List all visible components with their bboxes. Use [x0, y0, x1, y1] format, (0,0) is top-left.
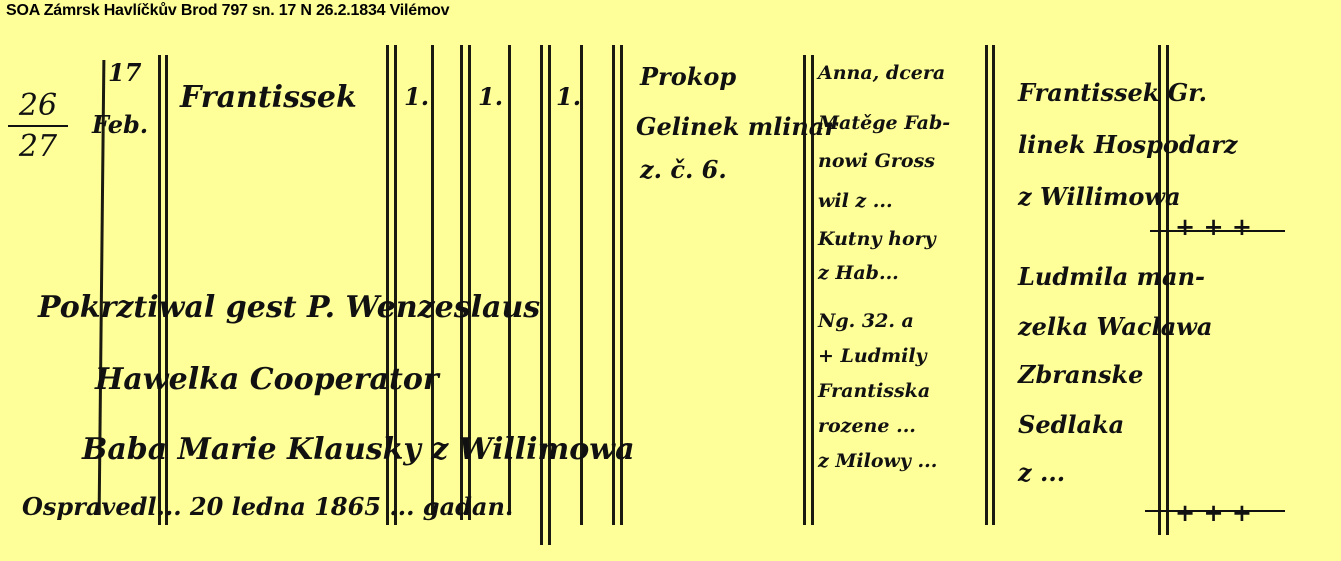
house-number: 17: [108, 58, 141, 87]
baptism-line-2: Hawelka Cooperator: [95, 362, 439, 397]
godparent-line-5: zelka Waclawa: [1018, 312, 1212, 341]
godparent-line-7: Sedlaka: [1018, 410, 1124, 439]
mother-line-3: nowi Gross: [818, 150, 935, 172]
baptism-line-3: Baba Marie Klausky z Willimowa: [82, 432, 635, 467]
mother-line-6: z Hab...: [818, 262, 899, 284]
godparent-line-4: Ludmila man-: [1018, 262, 1205, 291]
mother-line-5: Kutny hory: [818, 228, 936, 250]
mark-2: 1.: [478, 82, 503, 111]
column-rule: [540, 45, 543, 545]
godparent-line-2: linek Hospodarz: [1018, 130, 1238, 159]
baptism-line-4: Ospravedl... 20 ledna 1865 ... gadan.: [22, 492, 513, 521]
mother-line-10: rozene ...: [818, 415, 916, 437]
date-fraction: 26 27: [8, 88, 68, 164]
mark-1: 1.: [404, 82, 429, 111]
mother-line-8: + Ludmily: [818, 345, 927, 367]
column-rule: [548, 45, 551, 545]
godparent-line-1: Frantissek Gr.: [1018, 78, 1207, 107]
mother-line-9: Frantisska: [818, 380, 930, 402]
baptism-line-1: Pokrztiwal gest P. Wenzeslaus: [38, 290, 540, 325]
godparent-line-6: Zbranske: [1018, 360, 1143, 389]
father-line-1: Prokop: [640, 62, 736, 91]
cross-line: [1145, 510, 1285, 512]
date-top: 26: [8, 88, 68, 123]
mother-line-2: Matěge Fab-: [818, 112, 950, 134]
column-rule: [985, 45, 988, 525]
godparent-line-8: z ...: [1018, 458, 1065, 487]
cross-line: [1150, 230, 1285, 232]
godparent-line-3: z Willimowa: [1018, 182, 1181, 211]
mother-line-1: Anna, dcera: [818, 62, 945, 84]
cross-marks-2: + + +: [1175, 498, 1252, 527]
cross-marks-1: + + +: [1175, 212, 1252, 241]
father-line-2: Gelinek mlinar: [636, 112, 837, 141]
mother-line-4: wil z ...: [818, 190, 893, 212]
mark-3: 1.: [556, 82, 581, 111]
father-line-3: z. č. 6.: [640, 155, 727, 184]
column-rule: [992, 45, 995, 525]
month-abbrev: Feb.: [92, 110, 148, 139]
document-caption: SOA Zámrsk Havlíčkův Brod 797 sn. 17 N 2…: [6, 2, 449, 20]
child-name: Frantissek: [180, 80, 357, 115]
mother-line-11: z Milowy ...: [818, 450, 937, 472]
mother-line-7: Ng. 32. a: [818, 310, 914, 332]
date-bottom: 27: [8, 129, 68, 164]
fraction-bar: [8, 125, 68, 127]
